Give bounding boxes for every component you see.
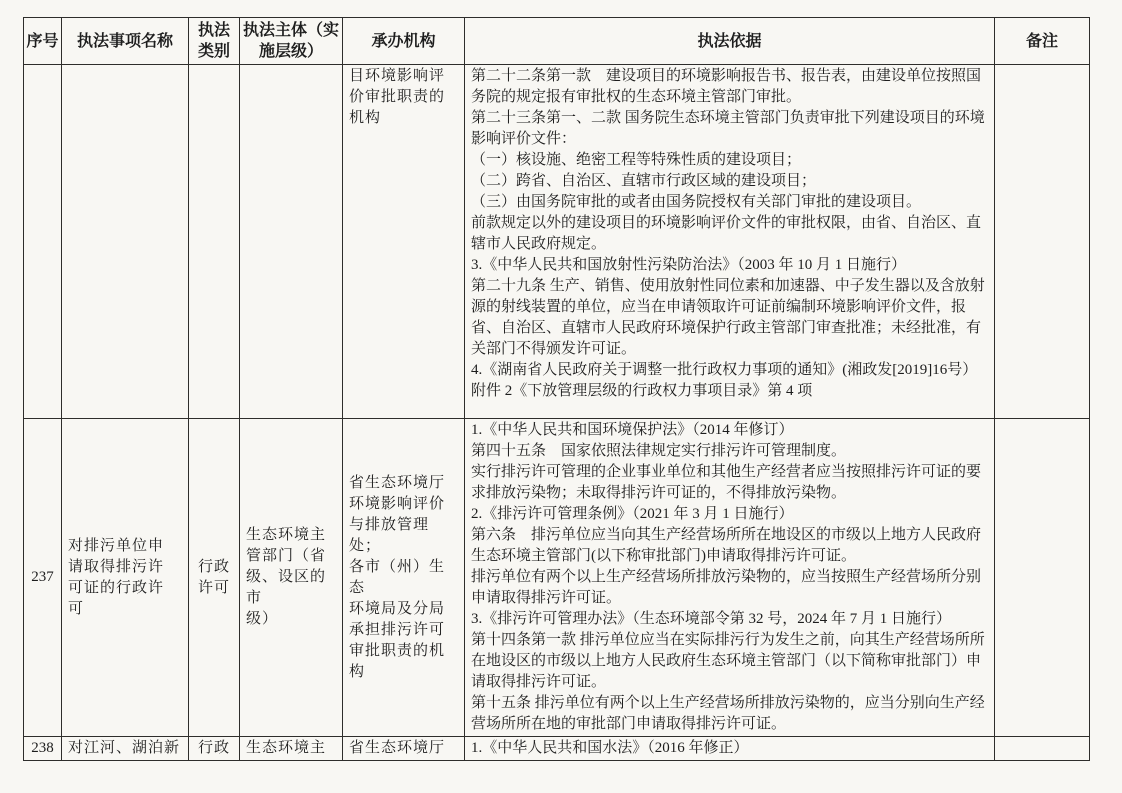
- cell-category: 行政: [189, 737, 240, 761]
- cell-seq: [24, 65, 62, 419]
- cell-subject: 生态环境主 管部门（省 级、设区的市 级）: [240, 419, 343, 737]
- cell-category: [189, 65, 240, 419]
- col-header-remark: 备注: [995, 18, 1090, 65]
- table-row-continuation: 目环境影响评 价审批职责的 机构 第二十二条第一款 建设项目的环境影响报告书、报…: [24, 65, 1090, 419]
- cell-item-name: [62, 65, 189, 419]
- cell-basis: 1.《中华人民共和国环境保护法》（2014 年修订） 第四十五条 国家依照法律规…: [465, 419, 995, 737]
- table-header-row: 序号 执法事项名称 执法 类别 执法主体（实 施层级） 承办机构 执法依据 备注: [24, 18, 1090, 65]
- col-header-item-name: 执法事项名称: [62, 18, 189, 65]
- cell-category: 行政 许可: [189, 419, 240, 737]
- cell-subject: 生态环境主: [240, 737, 343, 761]
- col-header-seq: 序号: [24, 18, 62, 65]
- cell-item-name: 对排污单位申 请取得排污许 可证的行政许 可: [62, 419, 189, 737]
- cell-seq: 238: [24, 737, 62, 761]
- cell-seq: 237: [24, 419, 62, 737]
- cell-item-name: 对江河、湖泊新: [62, 737, 189, 761]
- enforcement-items-table: 序号 执法事项名称 执法 类别 执法主体（实 施层级） 承办机构 执法依据 备注…: [23, 17, 1090, 761]
- cell-basis: 第二十二条第一款 建设项目的环境影响报告书、报告表，由建设单位按照国务院的规定报…: [465, 65, 995, 419]
- col-header-subject: 执法主体（实 施层级）: [240, 18, 343, 65]
- cell-remark: [995, 65, 1090, 419]
- col-header-agency: 承办机构: [343, 18, 465, 65]
- cell-remark: [995, 419, 1090, 737]
- col-header-basis: 执法依据: [465, 18, 995, 65]
- cell-agency: 目环境影响评 价审批职责的 机构: [343, 65, 465, 419]
- cell-remark: [995, 737, 1090, 761]
- cell-basis: 1.《中华人民共和国水法》（2016 年修正）: [465, 737, 995, 761]
- cell-agency: 省生态环境厅 环境影响评价 与排放管理处； 各市（州）生态 环境局及分局 承担排…: [343, 419, 465, 737]
- table-row-237: 237 对排污单位申 请取得排污许 可证的行政许 可 行政 许可 生态环境主 管…: [24, 419, 1090, 737]
- col-header-category: 执法 类别: [189, 18, 240, 65]
- table-row-238: 238 对江河、湖泊新 行政 生态环境主 省生态环境厅 1.《中华人民共和国水法…: [24, 737, 1090, 761]
- cell-subject: [240, 65, 343, 419]
- cell-agency: 省生态环境厅: [343, 737, 465, 761]
